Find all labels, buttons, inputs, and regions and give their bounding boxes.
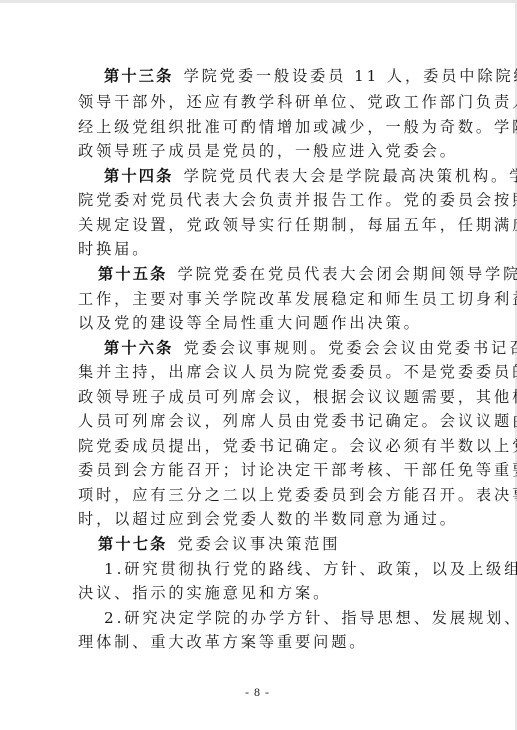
article-17-line-1: 第十七条党委会议事决策范围 (98, 533, 440, 555)
article-16-line-5: 院党委成员提出，党委书记确定。会议必须有半数以上党委 (78, 435, 440, 457)
article-16-line-1: 第十六条党委会议事规则。党委会会议由党委书记召 (104, 337, 440, 359)
article-15-line-2: 工作，主要对事关学院改革发展稳定和师生员工切身利益， (78, 288, 440, 310)
article-14-line-3: 关规定设置，党政领导实行任期制，每届五年，任期满应及 (78, 214, 440, 236)
document-page: 第十三条学院党委一般设委员 11 人，委员中除院级 领导干部外，还应有教学科研单… (0, 3, 515, 730)
article-16-line-8: 时，以超过应到会党委人数的半数同意为通过。 (78, 508, 440, 530)
article-15-line-3: 以及党的建设等全局性重大问题作出决策。 (78, 312, 440, 334)
article-16-line-3: 政领导班子成员可列席会议，根据会议议题需要，其他相关 (78, 386, 440, 408)
article-17-text: 党委会议事决策范围 (178, 535, 341, 553)
article-17-item-2-line-1: 2.研究决定学院的办学方针、指导思想、发展规划、管 (104, 607, 440, 629)
article-16-line-6: 委员到会方能召开；讨论决定干部考核、干部任免等重要事 (78, 459, 440, 481)
article-17-label: 第十七条 (98, 535, 168, 553)
article-16-text: 党委会议事规则。党委会会议由党委书记召 (184, 339, 517, 357)
article-13-line-4: 政领导班子成员是党员的，一般应进入党委会。 (78, 140, 440, 162)
article-13-line-1: 第十三条学院党委一般设委员 11 人，委员中除院级 (104, 65, 440, 87)
article-17-item-2-line-2: 理体制、重大改革方案等重要问题。 (78, 631, 440, 653)
article-14-line-4: 时换届。 (78, 238, 440, 260)
article-15-line-1: 第十五条学院党委在党员代表大会闭会期间领导学院 (98, 263, 440, 285)
article-16-label: 第十六条 (104, 339, 174, 357)
article-13-line-3: 经上级党组织批准可酌情增加或减少，一般为奇数。学院行 (78, 116, 440, 138)
article-15-text: 学院党委在党员代表大会闭会期间领导学院 (178, 265, 517, 283)
article-14-label: 第十四条 (104, 167, 174, 185)
article-17-item-1-line-2: 决议、指示的实施意见和方案。 (78, 582, 440, 604)
article-16-line-4: 人员可列席会议，列席人员由党委书记确定。会议议题由学 (78, 410, 440, 432)
article-13-label: 第十三条 (104, 67, 174, 85)
article-16-line-7: 项时，应有三分之二以上党委委员到会方能召开。表决事项 (78, 484, 440, 506)
article-16-line-2: 集并主持，出席会议人员为院党委委员。不是党委委员的行 (78, 361, 440, 383)
article-13-line-2: 领导干部外，还应有教学科研单位、党政工作部门负责人； (78, 91, 440, 113)
page-number: - 8 - (0, 685, 515, 700)
article-14-line-1: 第十四条学院党员代表大会是学院最高决策机构。学 (104, 165, 440, 187)
article-14-text: 学院党员代表大会是学院最高决策机构。学 (184, 167, 517, 185)
article-14-line-2: 院党委对党员代表大会负责并报告工作。党的委员会按照有 (78, 189, 440, 211)
article-17-item-1-line-1: 1.研究贯彻执行党的路线、方针、政策，以及上级组织 (104, 558, 440, 580)
article-13-text: 学院党委一般设委员 11 人，委员中除院级 (184, 67, 517, 85)
article-15-label: 第十五条 (98, 265, 168, 283)
